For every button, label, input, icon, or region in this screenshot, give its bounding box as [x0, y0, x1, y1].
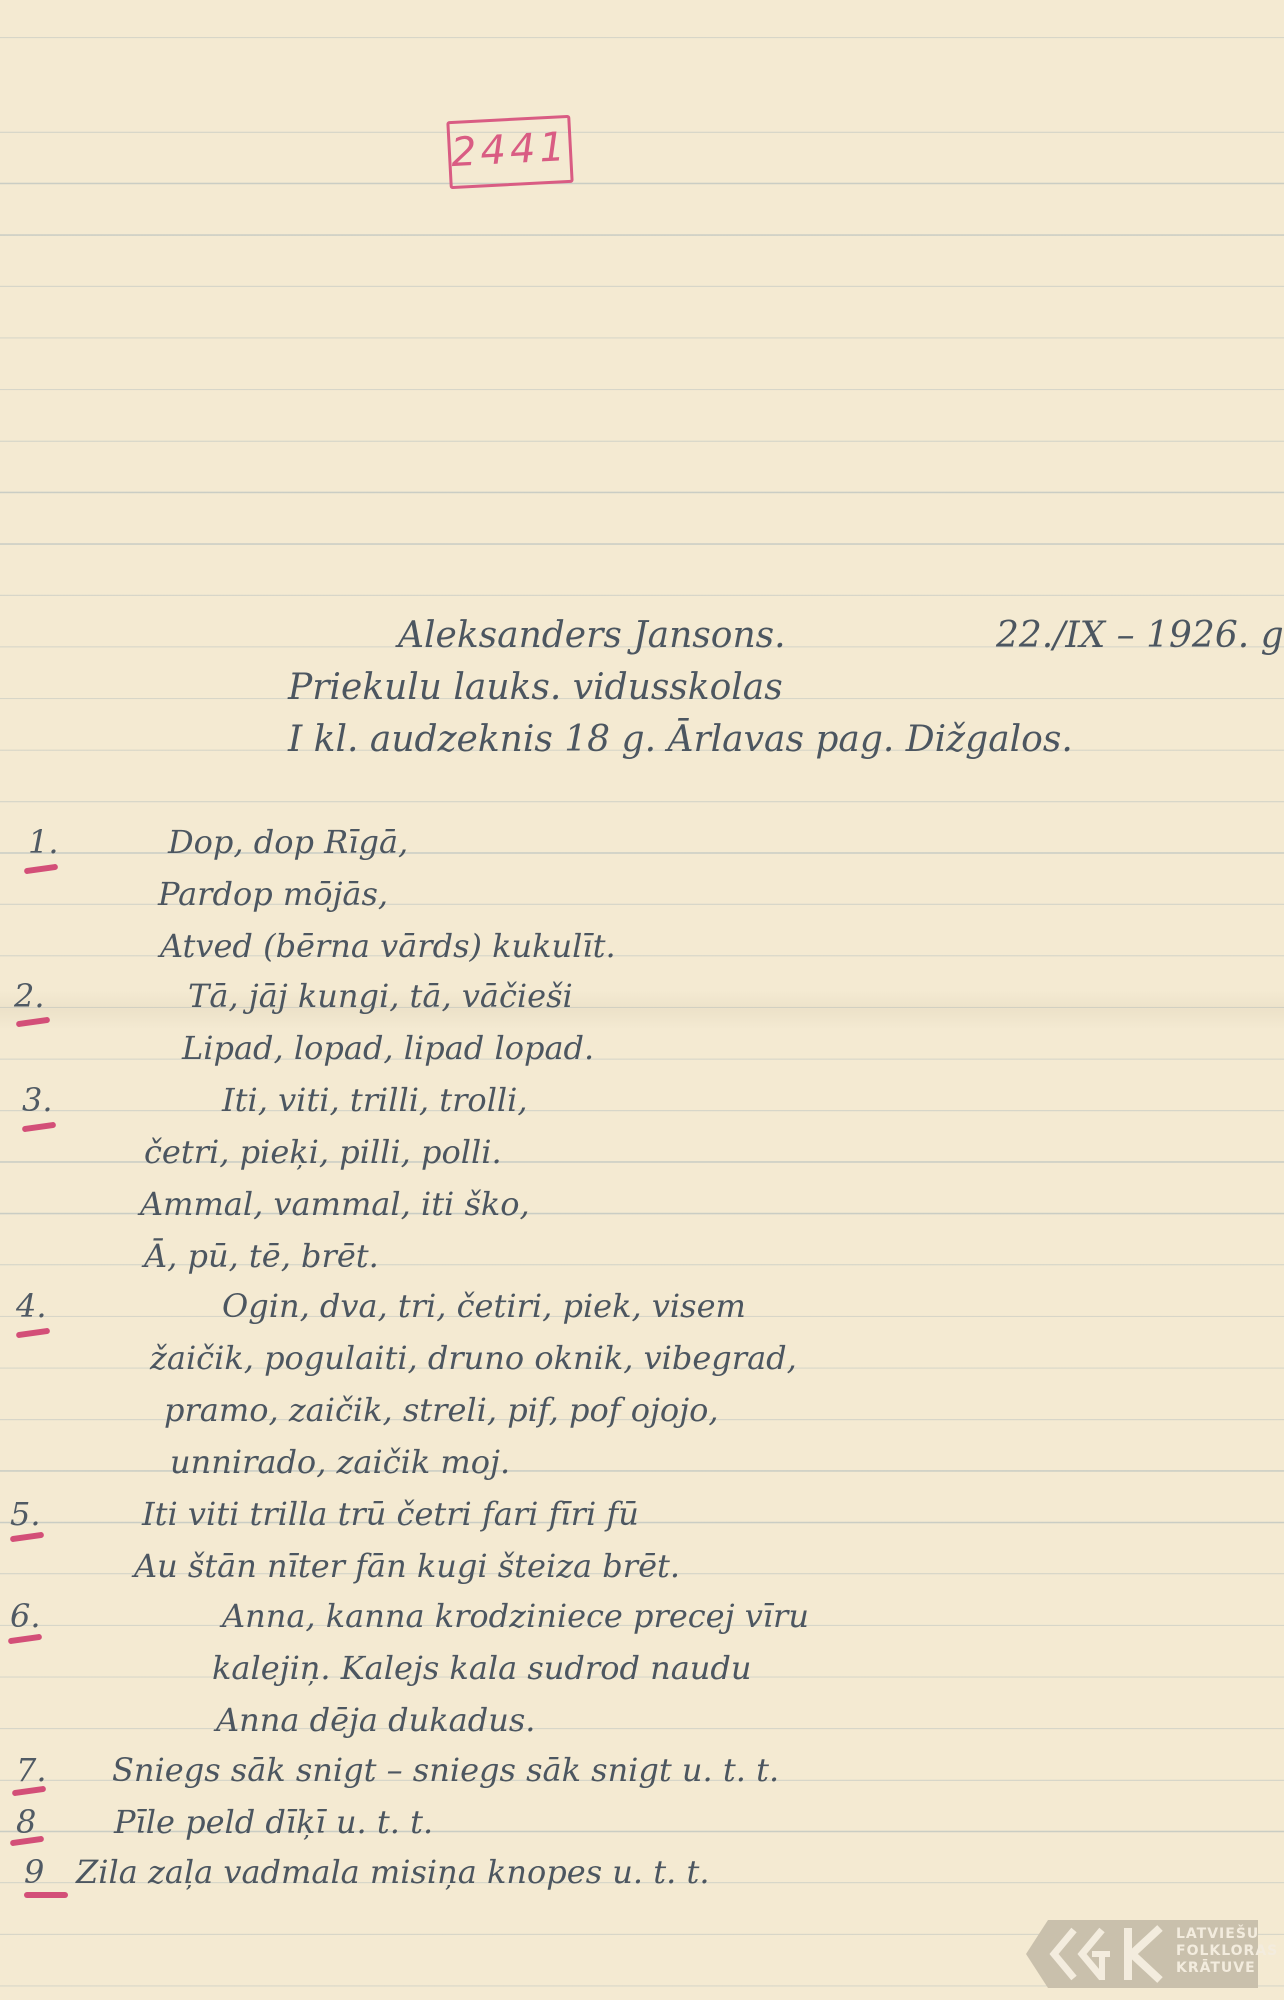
entry-6-line-1: Anna, kanna krodziniece precej vīru	[222, 1600, 809, 1632]
author-name: Aleksanders Jansons.	[398, 618, 786, 654]
entry-2-line-2: Lipad, lopad, lipad lopad.	[182, 1032, 594, 1064]
entry-number-2: 2.	[14, 980, 45, 1012]
entry-number-7: 7.	[16, 1754, 47, 1786]
entry-9-line-1: Zila zaļa vadmala misiņa knopes u. t. t.	[76, 1856, 709, 1888]
entry-4-line-4: unnirado, zaičik moj.	[170, 1446, 510, 1478]
entry-1-line-3: Atved (bērna vārds) kukulīt.	[160, 930, 616, 962]
archive-number-stamp: 2441	[446, 115, 573, 189]
entry-5-line-1: Iti viti trilla trū četri fari fīri fū	[142, 1498, 639, 1530]
entry-3-line-2: četri, pieķi, pilli, polli.	[144, 1136, 502, 1168]
entry-3-line-1: Iti, viti, trilli, trolli,	[222, 1084, 528, 1116]
entry-number-4: 4.	[16, 1290, 47, 1322]
entry-number-1: 1.	[28, 826, 59, 858]
entry-4-line-2: žaičik, pogulaiti, druno oknik, vibegrad…	[150, 1342, 797, 1374]
logo-line-1: LATVIEŠU	[1176, 1926, 1278, 1943]
entry-1-line-1: Dop, dop Rīgā,	[168, 826, 408, 858]
school-line: Priekulu lauks. vidusskolas	[288, 670, 783, 706]
logo-text: LATVIEŠU FOLKLORAS KRĀTUVE	[1176, 1926, 1278, 1977]
entry-4-line-3: pramo, zaičik, streli, pif, pof ojojo,	[164, 1394, 719, 1426]
document-date: 22./IX – 1926. g.	[996, 618, 1284, 654]
entry-8-line-1: Pīle peld dīķī u. t. t.	[114, 1806, 433, 1838]
class-line: I kl. audzeknis 18 g. Ārlavas pag. Dižga…	[288, 722, 1073, 758]
entry-1-line-2: Pardop mōjās,	[158, 878, 388, 910]
entry-4-line-1: Ogin, dva, tri, četiri, piek, visem	[222, 1290, 746, 1322]
folklore-archive-logo: LATVIEŠU FOLKLORAS KRĀTUVE	[1026, 1918, 1258, 1990]
entry-7-line-1: Sniegs sāk snigt – sniegs sāk snigt u. t…	[112, 1754, 779, 1786]
entry-6-line-2: kalejiņ. Kalejs kala sudrod naudu	[212, 1652, 752, 1684]
entry-3-line-3: Ammal, vammal, iti ško,	[140, 1188, 530, 1220]
entry-6-line-3: Anna dēja dukadus.	[216, 1704, 535, 1736]
red-mark-9	[24, 1892, 68, 1898]
logo-line-2: FOLKLORAS	[1176, 1943, 1278, 1960]
entry-number-9: 9	[24, 1856, 44, 1888]
entry-number-3: 3.	[22, 1084, 53, 1116]
entry-number-5: 5.	[10, 1498, 41, 1530]
entry-3-line-4: Ā, pū, tē, brēt.	[144, 1240, 379, 1272]
entry-5-line-2: Au štān nīter fān kugi šteiza brēt.	[134, 1550, 680, 1582]
entry-number-8: 8	[16, 1806, 36, 1838]
entry-number-6: 6.	[10, 1600, 41, 1632]
logo-line-3: KRĀTUVE	[1176, 1960, 1278, 1977]
entry-2-line-1: Tā, jāj kungi, tā, vāčieši	[188, 980, 573, 1012]
